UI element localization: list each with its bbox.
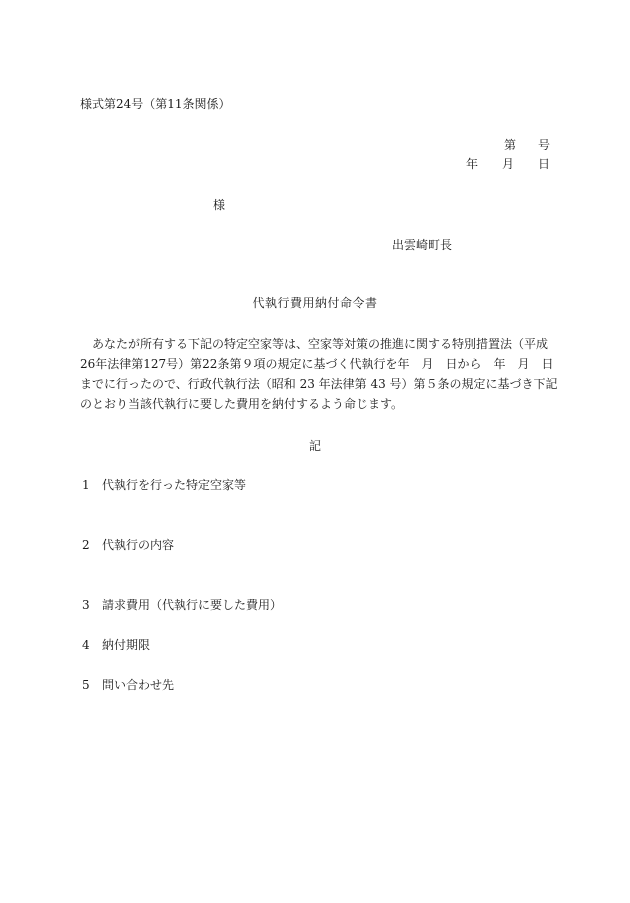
ki-heading: 記 (0, 440, 630, 452)
list-item: 1代執行を行った特定空家等 (82, 479, 246, 491)
item-number: 2 (82, 539, 102, 551)
addressee: 様 (213, 199, 225, 211)
date-line: 年月日 (466, 158, 550, 170)
document-number-suffix: 号 (538, 139, 550, 151)
item-number: 5 (82, 679, 102, 691)
form-number: 様式第24号（第11条関係） (80, 98, 231, 110)
date-year: 年 (466, 158, 478, 170)
list-item: 5問い合わせ先 (82, 679, 174, 691)
document-title: 代執行費用納付命令書 (0, 297, 630, 309)
list-item: 2代執行の内容 (82, 539, 174, 551)
date-day: 日 (538, 158, 550, 170)
body-line: までに行ったので、行政代執行法（昭和 23 年法律第 43 号）第５条の規定に基… (80, 374, 552, 394)
document-number-line: 第号 (504, 139, 550, 151)
item-number: 1 (82, 479, 102, 491)
issuer: 出雲崎町長 (392, 239, 452, 251)
body-line: 26年法律第127号）第22条第９項の規定に基づく代執行を年 月 日から 年 月… (80, 354, 552, 374)
document-number-prefix: 第 (504, 139, 516, 151)
item-label: 代執行の内容 (102, 538, 174, 552)
list-item: 3請求費用（代執行に要した費用） (82, 599, 282, 611)
date-month: 月 (502, 158, 514, 170)
list-item: 4納付期限 (82, 639, 150, 651)
item-label: 請求費用（代執行に要した費用） (102, 598, 282, 612)
item-number: 3 (82, 599, 102, 611)
item-label: 問い合わせ先 (102, 678, 174, 692)
body-line: あなたが所有する下記の特定空家等は、空家等対策の推進に関する特別措置法（平成 (80, 334, 552, 354)
item-number: 4 (82, 639, 102, 651)
body-paragraph: あなたが所有する下記の特定空家等は、空家等対策の推進に関する特別措置法（平成 2… (80, 334, 552, 414)
item-label: 納付期限 (102, 638, 150, 652)
body-line: のとおり当該代執行に要した費用を納付するよう命じます。 (80, 394, 552, 414)
item-label: 代執行を行った特定空家等 (102, 478, 246, 492)
